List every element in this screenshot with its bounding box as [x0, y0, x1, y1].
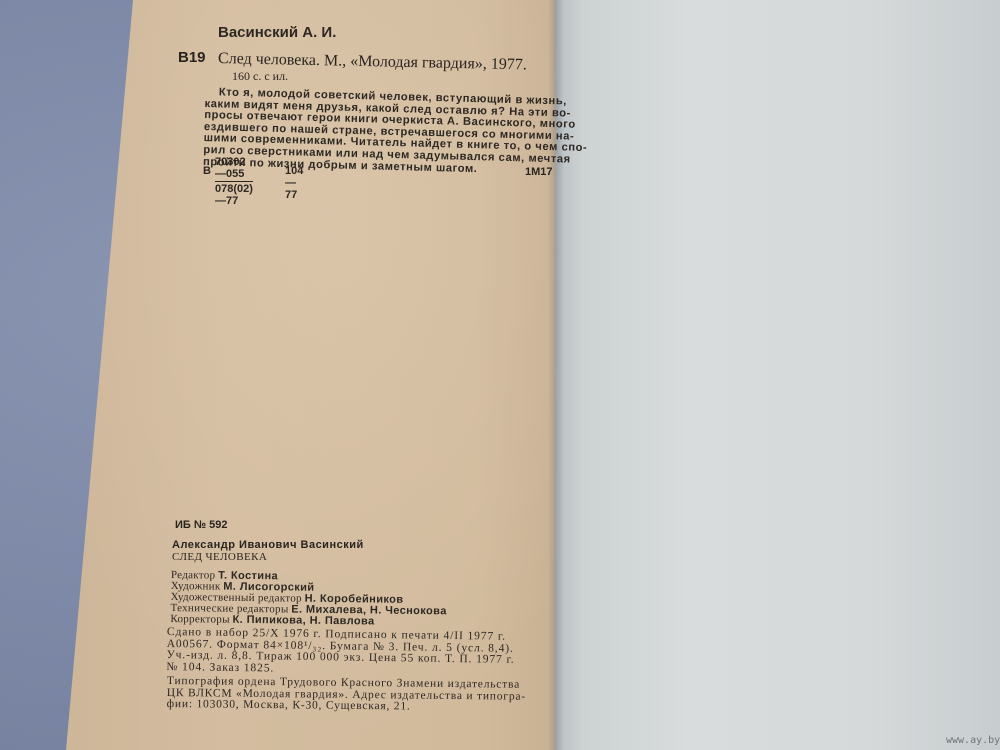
book-abstract: Кто я, молодой советский человек, вступа… [203, 87, 560, 177]
author-full-name: Александр Иванович Васинский [172, 539, 364, 551]
catalog-code-fraction: 70302—055 078(02)—77 [215, 156, 253, 207]
credits-list: Редактор Т. Костина Художник М. Лисогорс… [170, 570, 447, 628]
catalog-right-code: 1М17 [525, 166, 553, 178]
printer-info: Типография ордена Трудового Красного Зна… [167, 676, 526, 715]
watermark-text: www.ay.by [946, 735, 1000, 746]
classification-code: В19 [178, 49, 206, 66]
author-heading: Васинский А. И. [218, 24, 336, 41]
right-page-blank [556, 0, 1000, 750]
technical-details: Сдано в набор 25/X 1976 г. Подписано к п… [166, 627, 515, 678]
catalog-code-prefix: В [203, 165, 211, 177]
credit-role: Корректоры [170, 613, 230, 626]
catalog-code-numerator: 70302—055 [215, 156, 253, 182]
page-count: 160 с. с ил. [232, 69, 288, 84]
credit-person: К. Пипикова, Н. Павлова [233, 614, 375, 628]
book-title-caps: СЛЕД ЧЕЛОВЕКА [172, 551, 267, 563]
ib-number: ИБ № 592 [175, 519, 228, 531]
catalog-code-denominator: 078(02)—77 [215, 182, 253, 207]
catalog-code-suffix: 104—77 [285, 165, 303, 201]
